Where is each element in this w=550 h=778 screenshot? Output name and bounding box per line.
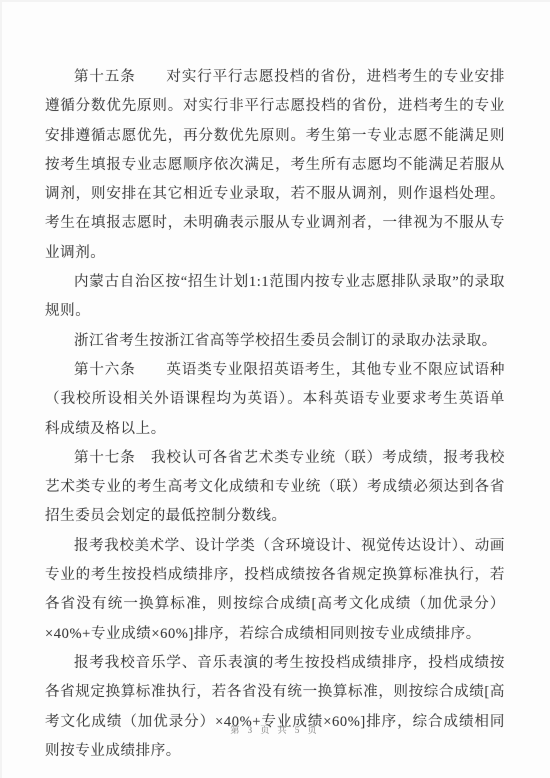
paragraph-article-15: 第十五条 对实行平行志愿投档的省份，进档考生的专业安排遵循分数优先原则。对实行非… [45, 63, 505, 268]
document-page: 第十五条 对实行平行志愿投档的省份，进档考生的专业安排遵循分数优先原则。对实行非… [0, 0, 550, 778]
paragraph-music-ranking-rule: 报考我校音乐学、音乐表演的考生按投档成绩排序，投档成绩按各省规定换算标准执行，若… [45, 649, 505, 766]
paragraph-article-17: 第十七条 我校认可各省艺术类专业统（联）考成绩，报考我校艺术类专业的考生高考文化… [45, 444, 505, 532]
document-body: 第十五条 对实行平行志愿投档的省份，进档考生的专业安排遵循分数优先原则。对实行非… [45, 63, 505, 766]
paragraph-article-16: 第十六条 英语类专业限招英语考生，其他专业不限应试语种（我校所设相关外语课程均为… [45, 356, 505, 444]
paragraph-inner-mongolia-rule: 内蒙古自治区按“招生计划1:1范围内按专业志愿排队录取”的录取规则。 [45, 268, 505, 327]
paragraph-zhejiang-rule: 浙江省考生按浙江省高等学校招生委员会制订的录取办法录取。 [45, 327, 505, 356]
page-number: 第 3 页 共 5 页 [230, 725, 319, 735]
paragraph-fine-arts-ranking-rule: 报考我校美术学、设计学类（含环境设计、视觉传达设计）、动画专业的考生按投档成绩排… [45, 532, 505, 649]
page-footer: 第 3 页 共 5 页 [0, 720, 550, 738]
